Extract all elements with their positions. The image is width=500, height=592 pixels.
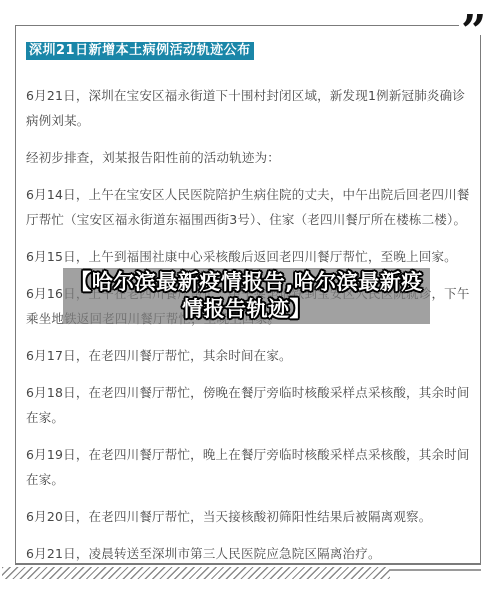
paragraph-june-20: 6月20日，在老四川餐厅帮忙，当天接核酸初筛阳性结果后被隔离观察。 — [26, 504, 471, 529]
watermark-title-overlay: 【哈尔滨最新疫情报告,哈尔滨最新疫 情报告轨迹】 — [63, 268, 430, 324]
bottom-hatch-decoration — [2, 567, 390, 579]
paragraph-june-14: 6月14日，上午在宝安区人民医院陪护生病住院的丈夫，中午出院后回老四川餐厅帮忙（… — [26, 182, 471, 232]
paragraph-june-18: 6月18日，在老四川餐厅帮忙，傍晚在餐厅旁临时核酸采样点采核酸，其余时间在家。 — [26, 380, 471, 430]
paragraph-june-19: 6月19日，在老四川餐厅帮忙，晚上在餐厅旁临时核酸采样点采核酸，其余时间在家。 — [26, 442, 471, 492]
paragraph-june-17: 6月17日，在老四川餐厅帮忙，其余时间在家。 — [26, 343, 471, 368]
article-headline: 深圳21日新增本土病例活动轨迹公布 — [26, 42, 254, 60]
watermark-title-line: 情报告轨迹】 — [63, 296, 430, 323]
closing-quote-icon: ” — [459, 10, 492, 35]
paragraph-case-announcement: 6月21日，深圳在宝安区福永街道下十围村封闭区域，新发现1例新冠肺炎确诊病例刘某… — [26, 83, 471, 133]
watermark-title-line: 【哈尔滨最新疫情报告,哈尔滨最新疫 — [63, 269, 430, 296]
paragraph-june-15: 6月15日，上午到福围社康中心采核酸后返回老四川餐厅帮忙，至晚上回家。 — [26, 244, 471, 269]
paragraph-track-intro: 经初步排查，刘某报告阳性前的活动轨迹为： — [26, 145, 471, 170]
paragraph-june-21: 6月21日，凌晨转送至深圳市第三人民医院应急院区隔离治疗。 — [26, 541, 471, 566]
closing-quote-glyph: ” — [461, 19, 492, 44]
bottom-rule-decoration — [390, 569, 481, 571]
